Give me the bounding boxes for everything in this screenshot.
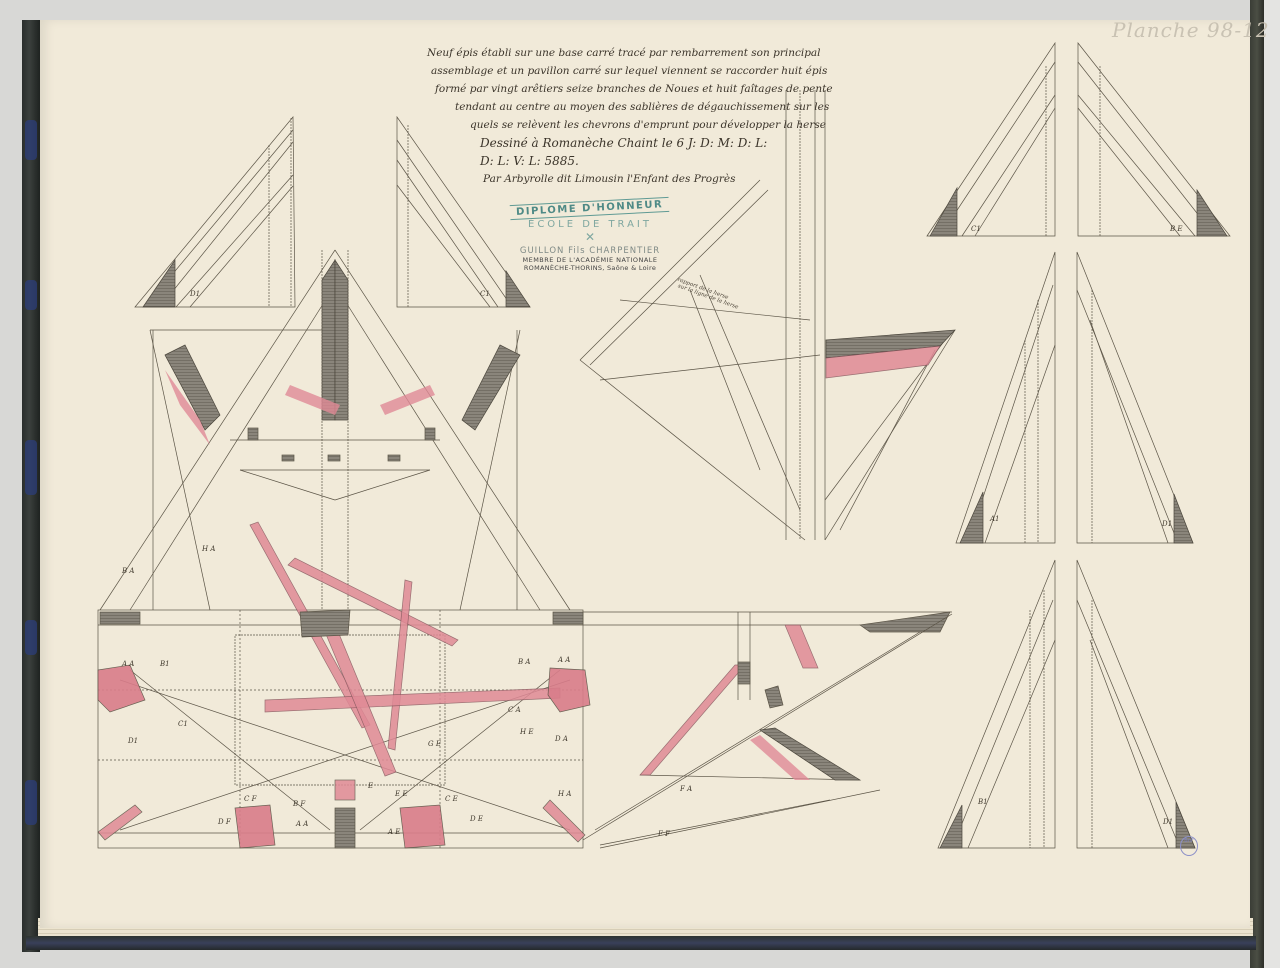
piece-label: C F	[244, 795, 256, 803]
piece-label: F A	[680, 785, 692, 793]
signature-line: Dessiné à Romanèche Chaint le 6 J: D: M:…	[425, 134, 855, 152]
piece-label: C A	[508, 706, 521, 714]
plate-number: Planche 98-12	[1112, 18, 1270, 42]
piece-label: B1	[160, 660, 170, 668]
piece-label: B F	[293, 800, 305, 808]
elevation-c1-be	[927, 43, 1230, 236]
elevation-d1	[135, 117, 295, 307]
piece-label: B1	[978, 798, 988, 806]
elevation-a1-d1	[956, 252, 1193, 543]
diploma-stamp: DIPLOME D'HONNEUR ÉCOLE DE TRAIT ✕ GUILL…	[500, 196, 680, 296]
signature-line: Par Arbyrolle dit Limousin l'Enfant des …	[425, 170, 855, 188]
caption-line: assemblage et un pavillon carré sur lequ…	[425, 62, 855, 80]
piece-label: H E	[520, 728, 533, 736]
stamp-place: ROMANÈCHE-THORINS, Saône & Loire	[500, 264, 680, 272]
piece-label: D1	[1163, 818, 1173, 826]
caption-line: Neuf épis établi sur une base carré trac…	[425, 44, 855, 62]
piece-label: B E	[1170, 225, 1182, 233]
stamp-school: ÉCOLE DE TRAIT	[500, 219, 680, 230]
piece-label: A A	[558, 656, 570, 664]
piece-label: A A	[122, 660, 134, 668]
piece-label: G E	[428, 740, 441, 748]
stamp-member: MEMBRE DE L'ACADÉMIE NATIONALE	[500, 256, 680, 264]
signature-line: D: L: V: L: 5885.	[425, 152, 855, 170]
piece-label: A A	[296, 820, 308, 828]
piece-label: E E	[395, 790, 407, 798]
plan-view	[98, 522, 590, 848]
elevation-b1-d1	[938, 560, 1195, 848]
piece-label: D F	[218, 818, 231, 826]
side-development	[583, 612, 952, 848]
piece-label: C1	[480, 290, 490, 298]
piece-label: H A	[202, 545, 215, 553]
compass-tools-icon: ✕	[500, 230, 680, 246]
piece-label: D E	[470, 815, 483, 823]
piece-label: D1	[128, 737, 138, 745]
title-caption: Neuf épis établi sur une base carré trac…	[425, 44, 855, 188]
piece-label: E	[368, 782, 373, 790]
piece-label: C1	[971, 225, 981, 233]
stamp-ribbon: DIPLOME D'HONNEUR	[510, 197, 670, 220]
piece-label: H A	[558, 790, 571, 798]
piece-label: A E	[388, 828, 400, 836]
piece-label: C E	[445, 795, 458, 803]
piece-label: B A	[122, 567, 134, 575]
piece-label: C1	[178, 720, 188, 728]
piece-label: D1	[1162, 520, 1172, 528]
stamp-owner: GUILLON Fils CHARPENTIER	[500, 246, 680, 256]
caption-line: formé par vingt arêtiers seize branches …	[425, 80, 855, 98]
piece-label: D A	[555, 735, 568, 743]
caption-line: quels se relèvent les chevrons d'emprunt…	[425, 116, 855, 134]
library-stamp: BnF	[1180, 836, 1198, 856]
piece-label: F F	[658, 830, 670, 838]
piece-label: A1	[990, 515, 1000, 523]
piece-label: D1	[190, 290, 200, 298]
piece-label: B A	[518, 658, 530, 666]
caption-line: tendant au centre au moyen des sablières…	[425, 98, 855, 116]
